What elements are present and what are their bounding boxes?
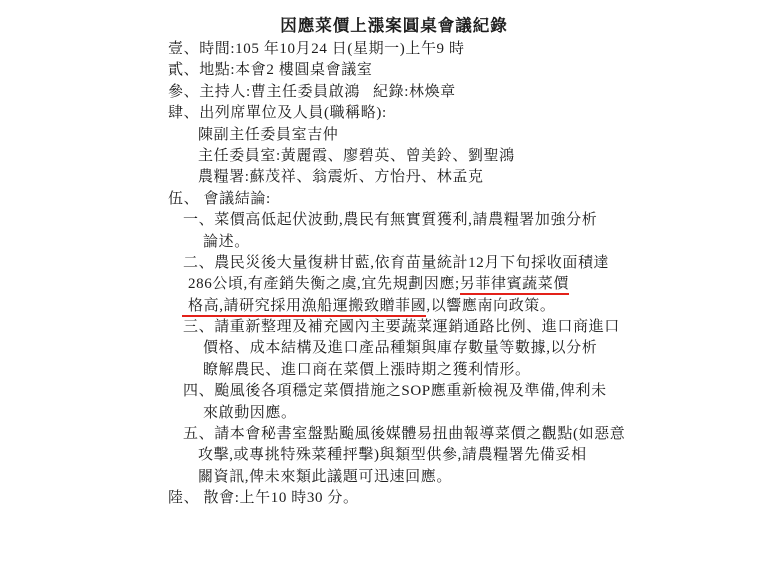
line-location: 貳、地點:本會2 樓圓桌會議室 [168, 60, 620, 81]
line-conclusion5-cont2: 關資訊,俾未來類此議題可迅速回應。 [168, 467, 620, 488]
line-conclusion4-cont: 來啟動因應。 [168, 403, 620, 424]
line-conclusion3: 三、請重新整理及補充國內主要蔬菜運銷通路比例、進口商進口 [168, 317, 620, 338]
document-title: 因應菜價上漲案圓桌會議紀錄 [168, 12, 620, 39]
line-attendees-ministers-office: 主任委員室:黃麗霞、廖碧英、曾美鈴、劉聖鴻 [168, 146, 620, 167]
line-attendees-heading: 肆、出列席單位及人員(職稱略): [168, 103, 620, 124]
red-underline-emphasis: 另菲律賓蔬菜價 [460, 276, 569, 295]
line-conclusion1-cont: 論述。 [168, 232, 620, 253]
meeting-minutes: 因應菜價上漲案圓桌會議紀錄 壹、時間:105 年10月24 日(星期一)上午9 … [168, 12, 620, 510]
line-adjournment: 陸、 散會:上午10 時30 分。 [168, 488, 620, 509]
line-conclusion3-cont1: 價格、成本結構及進口產品種類與庫存數量等數據,以分析 [168, 338, 620, 359]
line-conclusions-heading: 伍、 會議結論: [168, 189, 620, 210]
line-conclusion5: 五、請本會秘書室盤點颱風後媒體易扭曲報導菜價之觀點(如惡意 [168, 424, 620, 445]
line-conclusion2: 二、農民災後大量復耕甘藍,依育苗量統計12月下旬採收面積達 [168, 253, 620, 274]
line-conclusion2-cont2: 格高,請研究採用漁船運搬致贈菲國,以響應南向政策。 [168, 296, 620, 317]
line-conclusion1: 一、菜價高低起伏波動,農民有無實質獲利,請農糧署加強分析 [168, 210, 620, 231]
line-conclusion2-cont1: 286公頃,有產銷失衡之虞,宜先規劃因應;另菲律賓蔬菜價 [168, 274, 620, 295]
line-attendees-agriculture-agency: 農糧署:蘇茂祥、翁震炘、方怡丹、林孟克 [168, 167, 620, 188]
conclusion2-cont1-text: 286公頃,有產銷失衡之虞,宜先規劃因應; [188, 276, 460, 292]
line-conclusion5-cont1: 攻擊,或專挑特殊菜種抨擊)與類型供參,請農糧署先備妥相 [168, 445, 620, 466]
line-attendee-deputy-minister: 陳副主任委員室吉仲 [168, 125, 620, 146]
line-time: 壹、時間:105 年10月24 日(星期一)上午9 時 [168, 39, 620, 60]
line-conclusion4: 四、颱風後各項穩定菜價措施之SOP應重新檢視及準備,俾利未 [168, 381, 620, 402]
line-host-and-recorder: 參、主持人:曹主任委員啟鴻 紀錄:林煥章 [168, 82, 620, 103]
line-conclusion3-cont2: 瞭解農民、進口商在菜價上漲時期之獲利情形。 [168, 360, 620, 381]
red-underline-emphasis: 格高,請研究採用漁船運搬致贈菲國 [182, 298, 426, 317]
document-page: 因應菜價上漲案圓桌會議紀錄 壹、時間:105 年10月24 日(星期一)上午9 … [0, 0, 770, 580]
conclusion2-cont2-text: ,以響應南向政策。 [426, 298, 555, 314]
